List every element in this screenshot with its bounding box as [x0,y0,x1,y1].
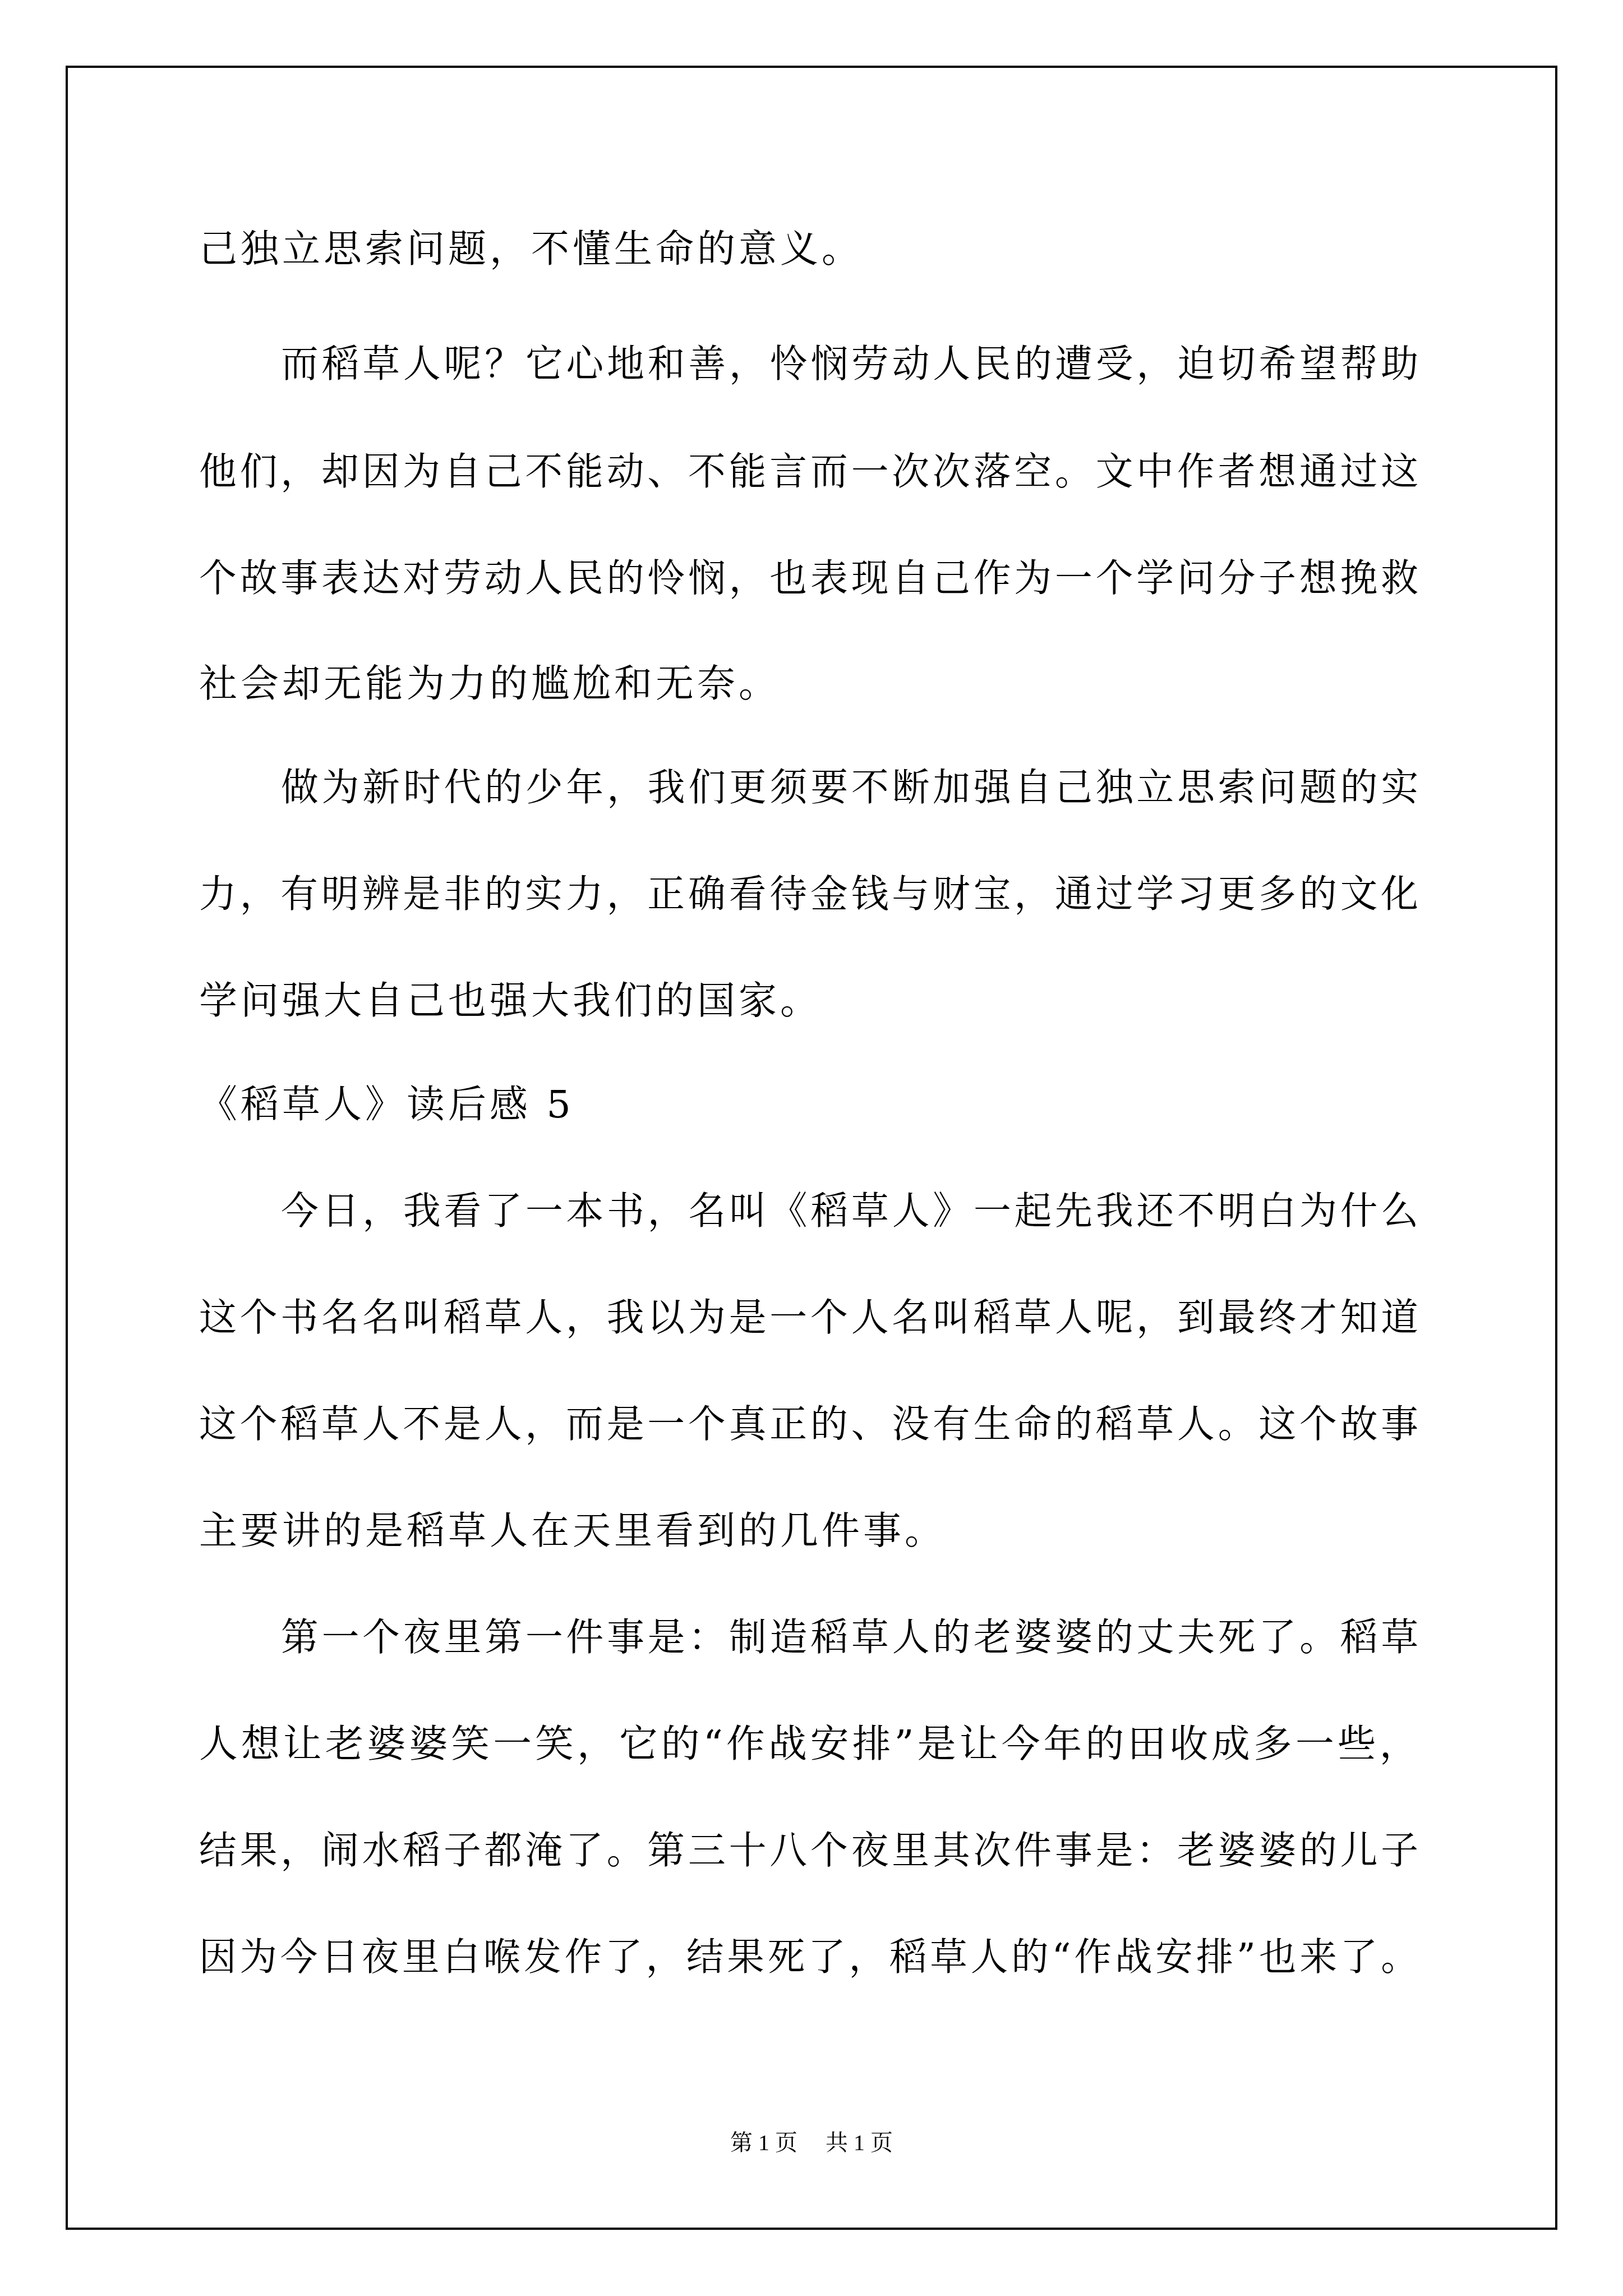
text-line: 而稻草人呢？它心地和善，怜悯劳动人民的遭受，迫切希望帮助 [281,342,1422,387]
text-line: 他们，却因为自己不能动、不能言而一次次落空。文中作者想通过这 [199,450,1422,495]
text-line: 社会却无能为力的尴尬和无奈。 [199,662,780,707]
text-line: 己独立思索问题，不懂生命的意义。 [199,227,863,272]
text-line: 人想让老婆婆笑一笑，它的“作战安排”是让今年的田收成多一些， [199,1722,1422,1767]
text-line: 做为新时代的少年，我们更须要不断加强自己独立思索问题的实 [281,766,1422,811]
text-line: 今日，我看了一本书，名叫《稻草人》一起先我还不明白为什么 [281,1189,1422,1234]
text-line: 力，有明辨是非的实力，正确看待金钱与财宝，通过学习更多的文化 [199,872,1422,917]
page-number-footer: 第 1 页 共 1 页 [0,2129,1623,2157]
section-heading: 《稻草人》读后感 5 [199,1083,574,1128]
text-line: 这个稻草人不是人，而是一个真正的、没有生命的稻草人。这个故事 [199,1402,1422,1447]
text-line: 这个书名名叫稻草人，我以为是一个人名叫稻草人呢，到最终才知道 [199,1296,1422,1341]
text-line: 个故事表达对劳动人民的怜悯，也表现自己作为一个学问分子想挽救 [199,556,1422,601]
text-line: 因为今日夜里白喉发作了，结果死了，稻草人的“作战安排”也来了。 [199,1935,1422,1980]
page-border [66,66,1557,2230]
text-line: 学问强大自己也强大我们的国家。 [199,979,822,1024]
text-line: 结果，闹水稻子都淹了。第三十八个夜里其次件事是：老婆婆的儿子 [199,1829,1422,1874]
text-line: 第一个夜里第一件事是：制造稻草人的老婆婆的丈夫死了。稻草 [281,1616,1422,1660]
text-line: 主要讲的是稻草人在天里看到的几件事。 [199,1509,946,1554]
